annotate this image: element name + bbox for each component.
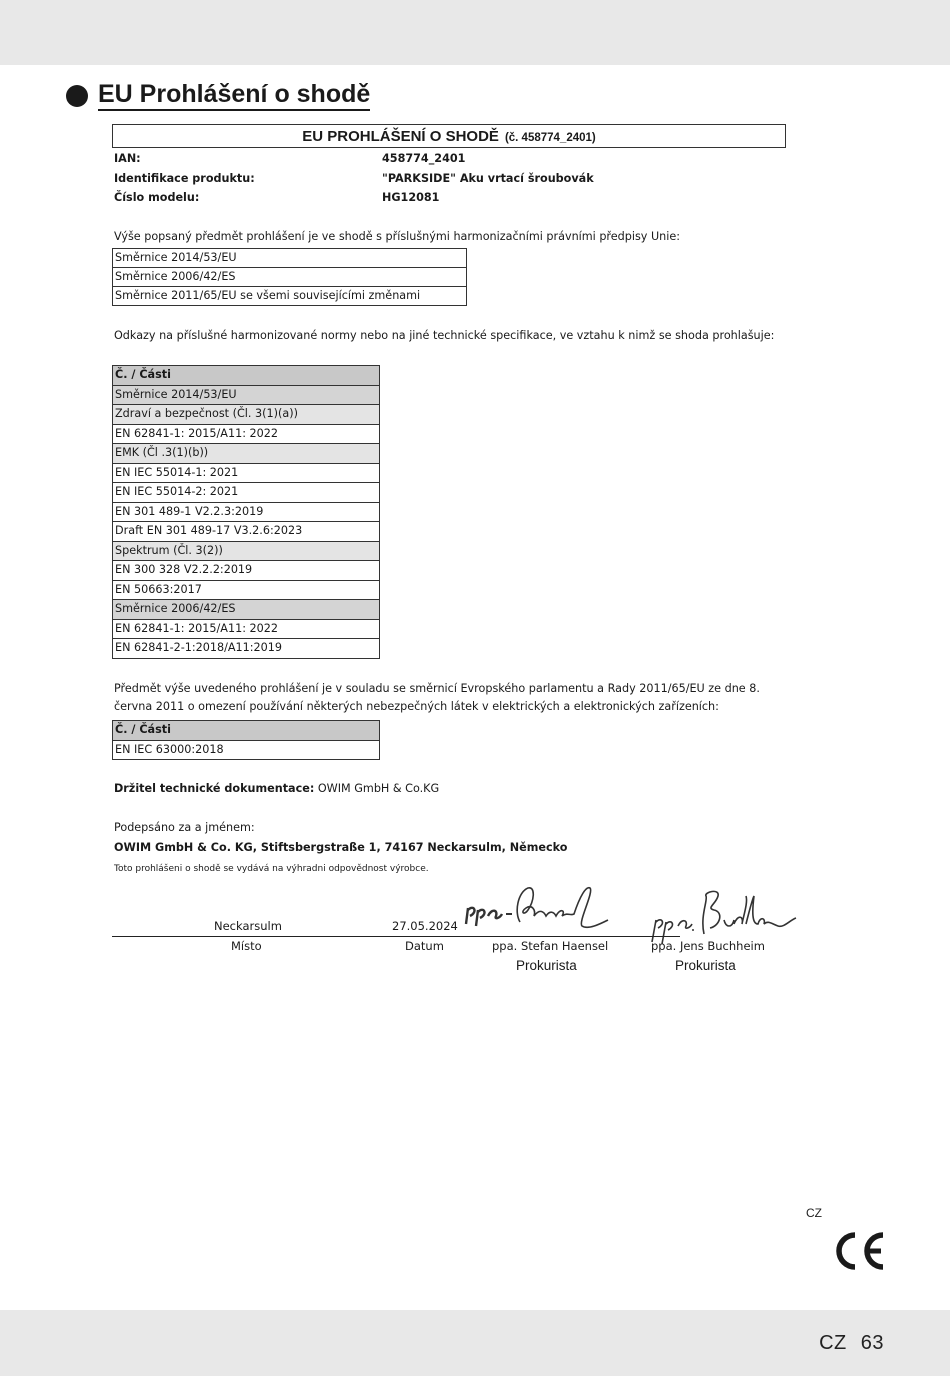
table-group-row: EMK (Čl .3(1)(b)) <box>113 444 380 464</box>
signer1-name: ppa. Stefan Haensel <box>492 939 608 953</box>
signature-line <box>112 936 680 937</box>
rohs-intro-line1: Předmět výše uvedeného prohlášení je v s… <box>114 680 760 698</box>
signer1-role: Prokurista <box>516 958 577 973</box>
table-row: EN 50663:2017 <box>113 580 380 600</box>
responsibility-note: Toto prohlášeni o shodě se vydává na výh… <box>114 860 429 878</box>
section-heading: EU Prohlášení o shodě <box>66 80 370 111</box>
signature-haensel <box>462 882 632 942</box>
group-cell: EMK (Čl .3(1)(b)) <box>113 444 380 464</box>
field-value: HG12081 <box>382 188 439 208</box>
directive-cell: Směrnice 2014/53/EU <box>113 249 467 268</box>
conformity-intro: Výše popsaný předmět prohlášení je ve sh… <box>114 228 680 246</box>
filled-circle-icon <box>66 85 88 107</box>
table-group-row: Zdraví a bezpečnost (Čl. 3(1)(a)) <box>113 405 380 425</box>
date-value: 27.05.2024 <box>392 919 458 933</box>
standard-cell: EN 50663:2017 <box>113 580 380 600</box>
declaration-document: EU PROHLÁŠENÍ O SHODĚ(č. 458774_2401) IA… <box>112 124 786 208</box>
field-label: Identifikace produktu: <box>114 169 255 189</box>
ce-mark-icon <box>836 1232 886 1270</box>
field-ian: IAN: 458774_2401 <box>112 149 786 169</box>
table-row: EN 301 489-1 V2.2.3:2019 <box>113 502 380 522</box>
header-band <box>0 0 950 65</box>
field-value: 458774_2401 <box>382 149 465 169</box>
directive-cell: Směrnice 2011/65/EU se všemi související… <box>113 287 467 306</box>
field-value: "PARKSIDE" Aku vrtací šroubovák <box>382 169 594 189</box>
standard-cell: EN 300 328 V2.2.2:2019 <box>113 561 380 581</box>
standard-cell: EN 62841-2-1:2018/A11:2019 <box>113 639 380 659</box>
directive-cell: Směrnice 2006/42/ES <box>113 268 467 287</box>
rohs-table: Č. / Části EN IEC 63000:2018 <box>112 720 380 760</box>
table-row: Směrnice 2006/42/ES <box>113 268 467 287</box>
tech-doc-value: OWIM GmbH & Co.KG <box>318 782 439 795</box>
signed-label: Podepsáno za a jménem: <box>114 819 255 837</box>
company-address: OWIM GmbH & Co. KG, Stiftsbergstraße 1, … <box>114 839 567 857</box>
footer-lang: CZ <box>819 1332 847 1354</box>
table-row: EN 300 328 V2.2.2:2019 <box>113 561 380 581</box>
table-header-row: Č. / Části <box>113 366 380 386</box>
table-row: EN 62841-2-1:2018/A11:2019 <box>113 639 380 659</box>
table-row: EN IEC 55014-1: 2021 <box>113 463 380 483</box>
table-row: EN IEC 63000:2018 <box>113 740 380 760</box>
group-cell: Směrnice 2006/42/ES <box>113 600 380 620</box>
standards-intro: Odkazy na příslušné harmonizované normy … <box>114 327 774 345</box>
standard-cell: EN IEC 55014-1: 2021 <box>113 463 380 483</box>
declaration-title-text: EU PROHLÁŠENÍ O SHODĚ <box>302 128 499 145</box>
directives-table: Směrnice 2014/53/EU Směrnice 2006/42/ES … <box>112 248 467 306</box>
country-code: CZ <box>806 1206 822 1220</box>
standard-cell: EN 62841-1: 2015/A11: 2022 <box>113 619 380 639</box>
table-group-row: Směrnice 2014/53/EU <box>113 385 380 405</box>
signer2-role: Prokurista <box>675 958 736 973</box>
table-row: EN 62841-1: 2015/A11: 2022 <box>113 424 380 444</box>
signer2-name: ppa. Jens Buchheim <box>651 939 765 953</box>
field-label: IAN: <box>114 149 141 169</box>
header-cell: Č. / Části <box>113 366 380 386</box>
place-label: Místo <box>231 939 262 953</box>
field-label: Číslo modelu: <box>114 188 199 208</box>
rohs-intro-line2: června 2011 o omezení používání některýc… <box>114 698 719 716</box>
page-title: EU Prohlášení o shodě <box>98 80 370 111</box>
group-cell: Spektrum (Čl. 3(2)) <box>113 541 380 561</box>
footer-band <box>0 1310 950 1376</box>
tech-doc-label: Držitel technické dokumentace: <box>114 782 314 795</box>
standard-cell: EN IEC 55014-2: 2021 <box>113 483 380 503</box>
standard-cell: Draft EN 301 489-17 V3.2.6:2023 <box>113 522 380 542</box>
field-product-id: Identifikace produktu: "PARKSIDE" Aku vr… <box>112 169 786 189</box>
place-value: Neckarsulm <box>214 919 282 933</box>
table-group-row: Směrnice 2006/42/ES <box>113 600 380 620</box>
table-row: Draft EN 301 489-17 V3.2.6:2023 <box>113 522 380 542</box>
table-row: Směrnice 2014/53/EU <box>113 249 467 268</box>
declaration-title: EU PROHLÁŠENÍ O SHODĚ(č. 458774_2401) <box>112 124 786 148</box>
table-row: EN IEC 55014-2: 2021 <box>113 483 380 503</box>
table-group-row: Spektrum (Čl. 3(2)) <box>113 541 380 561</box>
standard-cell: EN IEC 63000:2018 <box>113 740 380 760</box>
standard-cell: EN 301 489-1 V2.2.3:2019 <box>113 502 380 522</box>
header-cell: Č. / Části <box>113 721 380 741</box>
page-footer: CZ63 <box>819 1332 884 1355</box>
standards-table: Č. / Části Směrnice 2014/53/EUZdraví a b… <box>112 365 380 659</box>
field-model-number: Číslo modelu: HG12081 <box>112 188 786 208</box>
standard-cell: EN 62841-1: 2015/A11: 2022 <box>113 424 380 444</box>
tech-doc-holder: Držitel technické dokumentace: OWIM GmbH… <box>114 780 439 798</box>
group-cell: Směrnice 2014/53/EU <box>113 385 380 405</box>
table-row: Směrnice 2011/65/EU se všemi související… <box>113 287 467 306</box>
date-label: Datum <box>405 939 444 953</box>
table-row: EN 62841-1: 2015/A11: 2022 <box>113 619 380 639</box>
table-header-row: Č. / Části <box>113 721 380 741</box>
page-number: 63 <box>861 1332 884 1354</box>
declaration-ref: (č. 458774_2401) <box>505 132 596 144</box>
group-cell: Zdraví a bezpečnost (Čl. 3(1)(a)) <box>113 405 380 425</box>
